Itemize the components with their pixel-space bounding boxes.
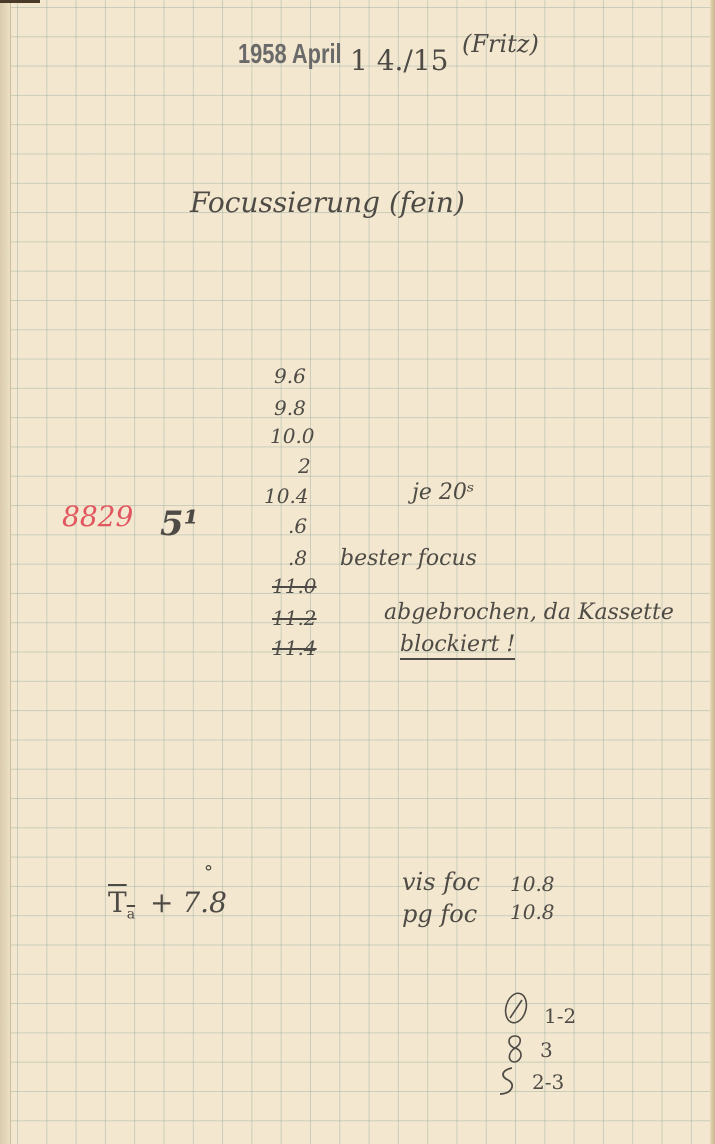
circle-slash-icon [502, 990, 530, 1030]
temperature-symbol: T [108, 886, 127, 919]
page-edge-shadow [0, 0, 40, 3]
vis-focus-label: vis foc [402, 868, 480, 896]
best-focus-note: bester focus [340, 546, 477, 571]
notebook-page: 1958 April 1 4./15 (Fritz) Focussierung … [0, 0, 715, 1144]
date-stamp: 1958 April [238, 38, 342, 70]
exposure-note: je 20ˢ [412, 480, 474, 505]
pg-focus-label: pg foc [402, 900, 477, 928]
focus-value: 2 [298, 454, 311, 478]
observer-note: (Fritz) [462, 30, 539, 58]
date-handwritten: 1 4./15 [350, 44, 449, 77]
abort-note-blocked: blockiert ! [400, 632, 515, 660]
seeing-value: 1-2 [544, 1004, 576, 1028]
temperature-value: + 7.8 [150, 886, 227, 919]
page-title: Focussierung (fein) [190, 186, 465, 219]
pg-focus-value: 10.8 [510, 900, 555, 924]
focus-value-struck: 11.2 [272, 606, 317, 630]
focus-value: 10.0 [270, 424, 315, 448]
focus-value: .6 [288, 514, 307, 538]
focus-value: 9.6 [274, 364, 306, 388]
focus-value: 9.8 [274, 396, 306, 420]
exposure-label: 5¹ [160, 504, 199, 544]
focus-value: .8 [288, 546, 307, 570]
vis-focus-value: 10.8 [510, 872, 555, 896]
focus-value-struck: 11.4 [272, 636, 317, 660]
temperature-subscript: a [127, 907, 135, 923]
focus-value: 10.4 [264, 484, 309, 508]
plate-number: 8829 [62, 500, 133, 533]
double-loop-icon [502, 1032, 528, 1066]
seeing-value: 3 [540, 1038, 553, 1062]
temperature-degree: ° [204, 862, 213, 883]
s-wave-icon [494, 1064, 520, 1098]
focus-value-struck: 11.0 [272, 574, 317, 598]
abort-note: abgebrochen, da Kassette [384, 600, 674, 625]
seeing-value: 2-3 [532, 1070, 564, 1094]
temperature-label: Ta [108, 886, 135, 923]
